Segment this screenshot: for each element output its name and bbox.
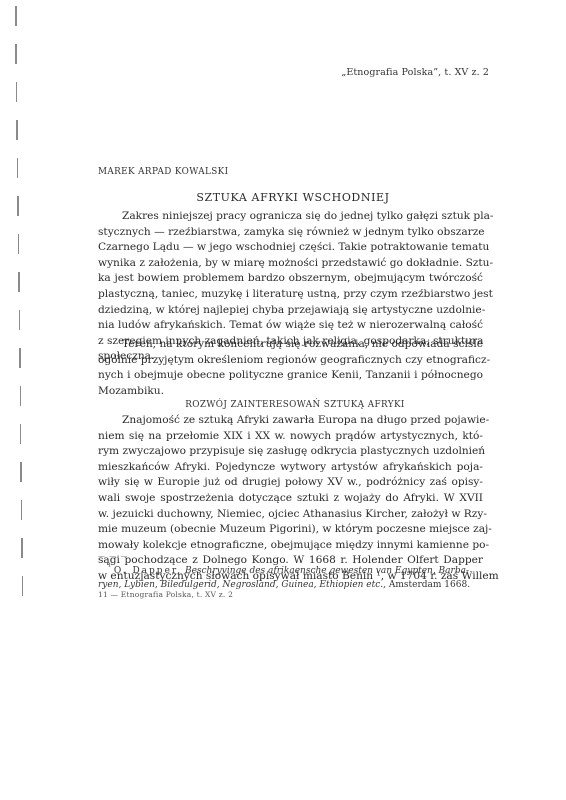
margin-mark (18, 234, 20, 254)
footnote-line-1: ¹ O. Dapper, Beschryvinge des afrikaensc… (98, 560, 483, 579)
margin-mark (20, 424, 22, 444)
margin-mark (20, 462, 22, 482)
footnote-title: Beschryvinge des afrikaensche gewesten v… (185, 566, 469, 576)
margin-mark (21, 538, 23, 558)
margin-mark (22, 576, 24, 596)
text-line: nych i obejmuje obecne polityczne granic… (98, 368, 483, 384)
text-line: Teren, na którym koncentrują się rozważa… (98, 337, 483, 353)
text-line: wiły się w Europie już od drugiej połowy… (98, 475, 483, 491)
margin-mark (15, 44, 17, 64)
text-line: wynika z założenia, by w miarę możności … (98, 256, 483, 272)
section-paragraph: Znajomość ze sztuką Afryki zawarła Europ… (98, 413, 483, 585)
margin-mark (15, 6, 17, 26)
text-line: Czarnego Lądu — w jego wschodniej części… (98, 240, 483, 256)
margin-mark (21, 500, 23, 520)
text-line: dziedziną, w której najlepiej chyba prze… (98, 303, 483, 319)
margin-mark (19, 310, 21, 330)
footnote-title-cont: ryen, Lybien, Biledulgerid, Negrosland, … (98, 580, 386, 590)
intro-paragraph-2: Teren, na którym koncentrują się rozważa… (98, 337, 483, 399)
margin-mark (17, 158, 19, 178)
text-line: stycznych — rzeźbiarstwa, zamyka się rów… (98, 225, 483, 241)
margin-mark (18, 272, 20, 292)
text-line: ogólnie przyjętym określeniom regionów g… (98, 353, 483, 369)
text-line: nia ludów afrykańskich. Temat ów wiąże s… (98, 318, 483, 334)
text-line: Znajomość ze sztuką Afryki zawarła Europ… (98, 413, 483, 429)
author-name: MAREK ARPAD KOWALSKI (98, 167, 228, 177)
margin-mark (16, 120, 18, 140)
margin-mark (19, 348, 21, 368)
text-line: niem się na przełomie XIX i XX w. nowych… (98, 429, 483, 445)
text-line: mowały kolekcje etnograficzne, obejmując… (98, 538, 483, 554)
footnote: ¹ O. Dapper, Beschryvinge des afrikaensc… (98, 560, 483, 592)
text-line: Mozambiku. (98, 384, 483, 400)
running-head: „Etnografia Polska”, t. XV z. 2 (341, 67, 489, 78)
footnote-author: O. Dapper, (114, 566, 182, 576)
text-line: wali swoje spostrzeżenia dotyczące sztuk… (98, 491, 483, 507)
text-line: w. jezuicki duchowny, Niemiec, ojciec At… (98, 507, 483, 523)
margin-mark (16, 82, 18, 102)
text-line: Zakres niniejszej pracy ogranicza się do… (98, 209, 483, 225)
page-footer: 11 — Etnografia Polska, t. XV z. 2 (98, 590, 233, 599)
text-line: plastyczną, taniec, muzykę i literaturę … (98, 287, 483, 303)
article-title: SZTUKA AFRYKI WSCHODNIEJ (0, 191, 566, 204)
text-line: mieszkańców Afryki. Pojedyncze wytwory a… (98, 460, 483, 476)
footnote-place-year: Amsterdam 1668. (389, 580, 470, 590)
footnote-separator: — — — (98, 552, 128, 560)
text-line: rym zwyczajowo przypisuje się zasługę od… (98, 444, 483, 460)
text-line: ka jest bowiem problemem bardzo obszerny… (98, 271, 483, 287)
footnote-marker: ¹ (108, 562, 111, 571)
text-line: mie muzeum (obecnie Muzeum Pigorini), w … (98, 522, 483, 538)
section-heading: ROZWÓJ ZAINTERESOWAŃ SZTUKĄ AFRYKI (0, 400, 566, 410)
